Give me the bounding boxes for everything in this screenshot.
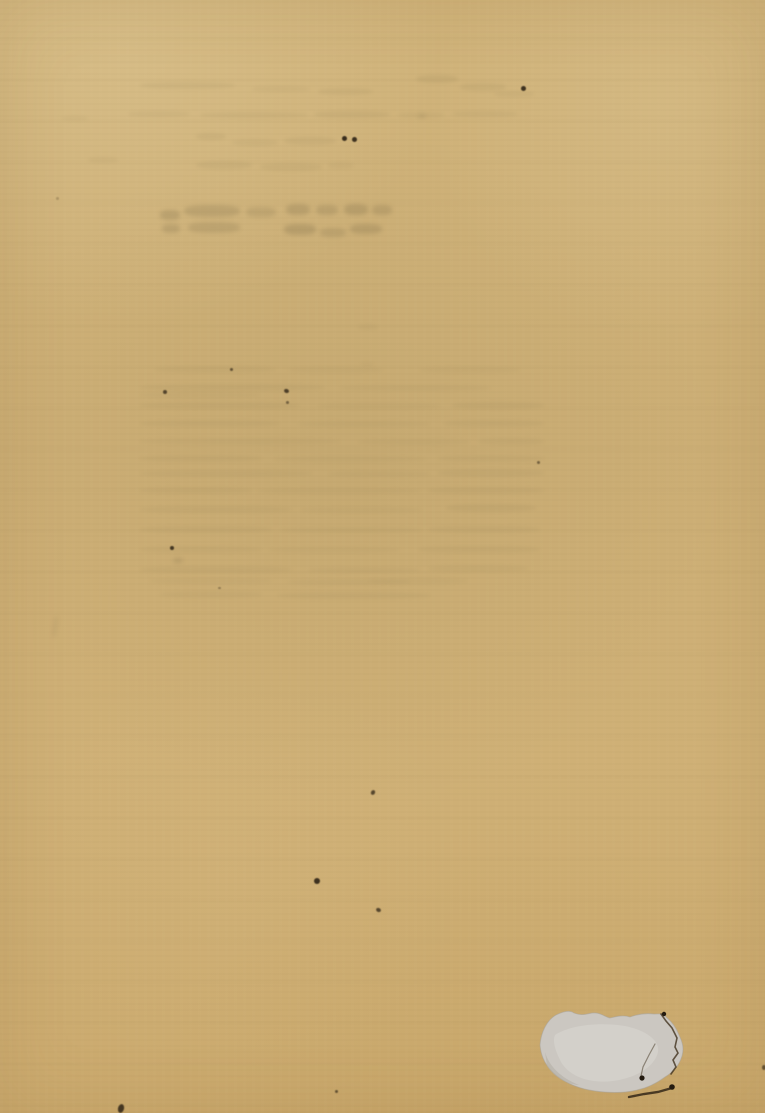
ink-speck xyxy=(56,197,59,200)
ink-speck xyxy=(537,461,540,464)
torn-paper-patch xyxy=(525,990,705,1113)
ink-speck xyxy=(286,401,289,404)
ink-speck xyxy=(314,878,320,884)
ink-speck xyxy=(283,388,289,393)
ink-speck xyxy=(521,86,526,91)
scanned-page xyxy=(0,0,765,1113)
ink-speck xyxy=(335,1090,338,1093)
ink-speck xyxy=(352,137,357,142)
ink-speck xyxy=(218,587,221,589)
ink-speck xyxy=(375,907,381,913)
ink-speck xyxy=(230,368,233,371)
tear-debris-dot xyxy=(662,1012,666,1016)
ink-speck xyxy=(342,136,347,141)
tear-debris-dot xyxy=(639,1075,644,1080)
ink-speck xyxy=(370,789,376,795)
ink-speck xyxy=(170,546,174,550)
tear-debris-dot xyxy=(669,1084,675,1090)
ink-speck xyxy=(163,390,167,394)
ink-speck xyxy=(117,1103,125,1113)
speck-layer xyxy=(0,0,765,1113)
